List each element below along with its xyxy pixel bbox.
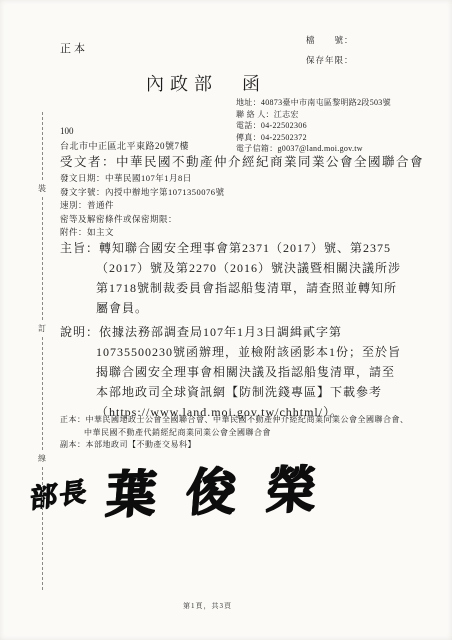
sender-contact-person: 聯 絡 人：江志宏 bbox=[236, 109, 391, 121]
page-number-footer: 第1頁，共3頁 bbox=[183, 601, 232, 611]
minister-title: 部長 bbox=[29, 469, 89, 515]
sender-contact-block: 地址：40873臺中市南屯區黎明路2段503號 聯 絡 人：江志宏 電話：04-… bbox=[236, 97, 391, 155]
subject-text: 轉知聯合國安全理事會第2371（2017）號、第2375（2017）號及第227… bbox=[96, 241, 401, 315]
speed-class: 速別：普通件 bbox=[60, 199, 225, 213]
subject-label: 主旨： bbox=[60, 241, 99, 255]
binding-char-zhuang: 裝 bbox=[38, 180, 46, 197]
document-meta-block: 發文日期：中華民國107年1月8日 發文字號：內授中辦地字第1071350076… bbox=[60, 172, 225, 240]
document-title: 內政部 函 bbox=[0, 70, 412, 96]
document-page: 正本 檔 號： 保存年限： 內政部 函 地址：40873臺中市南屯區黎明路2段5… bbox=[0, 0, 452, 640]
distribution-block: 正本：中華民國地政士公會全國聯合會、中華民國不動產仲介經紀商業同業公會全國聯合會… bbox=[60, 414, 410, 452]
minister-signature: 部長 葉俊榮 bbox=[29, 447, 391, 528]
file-number-box: 檔 號： 保存年限： bbox=[306, 30, 354, 70]
binding-char-ding: 訂 bbox=[38, 320, 46, 337]
recipient-line: 受文者：中華民國不動產仲介經紀商業同業公會全國聯合會 bbox=[60, 152, 424, 170]
description-label: 說明： bbox=[60, 325, 99, 339]
sender-fax: 傳真：04-22502372 bbox=[236, 132, 391, 144]
description-text: 依據法務部調查局107年1月3日調緝貳字第10735500230號函辦理，並檢附… bbox=[96, 325, 401, 419]
security-class: 密等及解密條件或保密期限： bbox=[60, 213, 225, 227]
recipient-postal-code: 100 bbox=[60, 126, 74, 136]
letter-body: 主旨：轉知聯合國安全理事會第2371（2017）號、第2375（2017）號及第… bbox=[60, 238, 402, 422]
recipient-address: 台北市中正區北平東路20號7樓 bbox=[60, 139, 189, 152]
sender-phone: 電話：04-22502306 bbox=[236, 120, 391, 132]
sender-address: 地址：40873臺中市南屯區黎明路2段503號 bbox=[236, 97, 391, 109]
issue-date: 發文日期：中華民國107年1月8日 bbox=[60, 172, 225, 186]
distribution-original: 正本：中華民國地政士公會全國聯合會、中華民國不動產仲介經紀商業同業公會全國聯合會… bbox=[60, 414, 410, 439]
binding-char-xian: 線 bbox=[38, 450, 46, 467]
retention-period-label: 保存年限： bbox=[306, 50, 354, 70]
issue-number: 發文字號：內授中辦地字第1071350076號 bbox=[60, 186, 225, 200]
minister-name: 葉俊榮 bbox=[103, 448, 349, 526]
file-number-label: 檔 號： bbox=[306, 30, 354, 50]
subject-paragraph: 主旨：轉知聯合國安全理事會第2371（2017）號、第2375（2017）號及第… bbox=[60, 238, 402, 318]
description-paragraph: 說明：依據法務部調查局107年1月3日調緝貳字第10735500230號函辦理，… bbox=[60, 322, 402, 422]
copy-type-label: 正本 bbox=[60, 40, 88, 56]
binding-margin-line: 裝 訂 線 bbox=[42, 112, 43, 590]
